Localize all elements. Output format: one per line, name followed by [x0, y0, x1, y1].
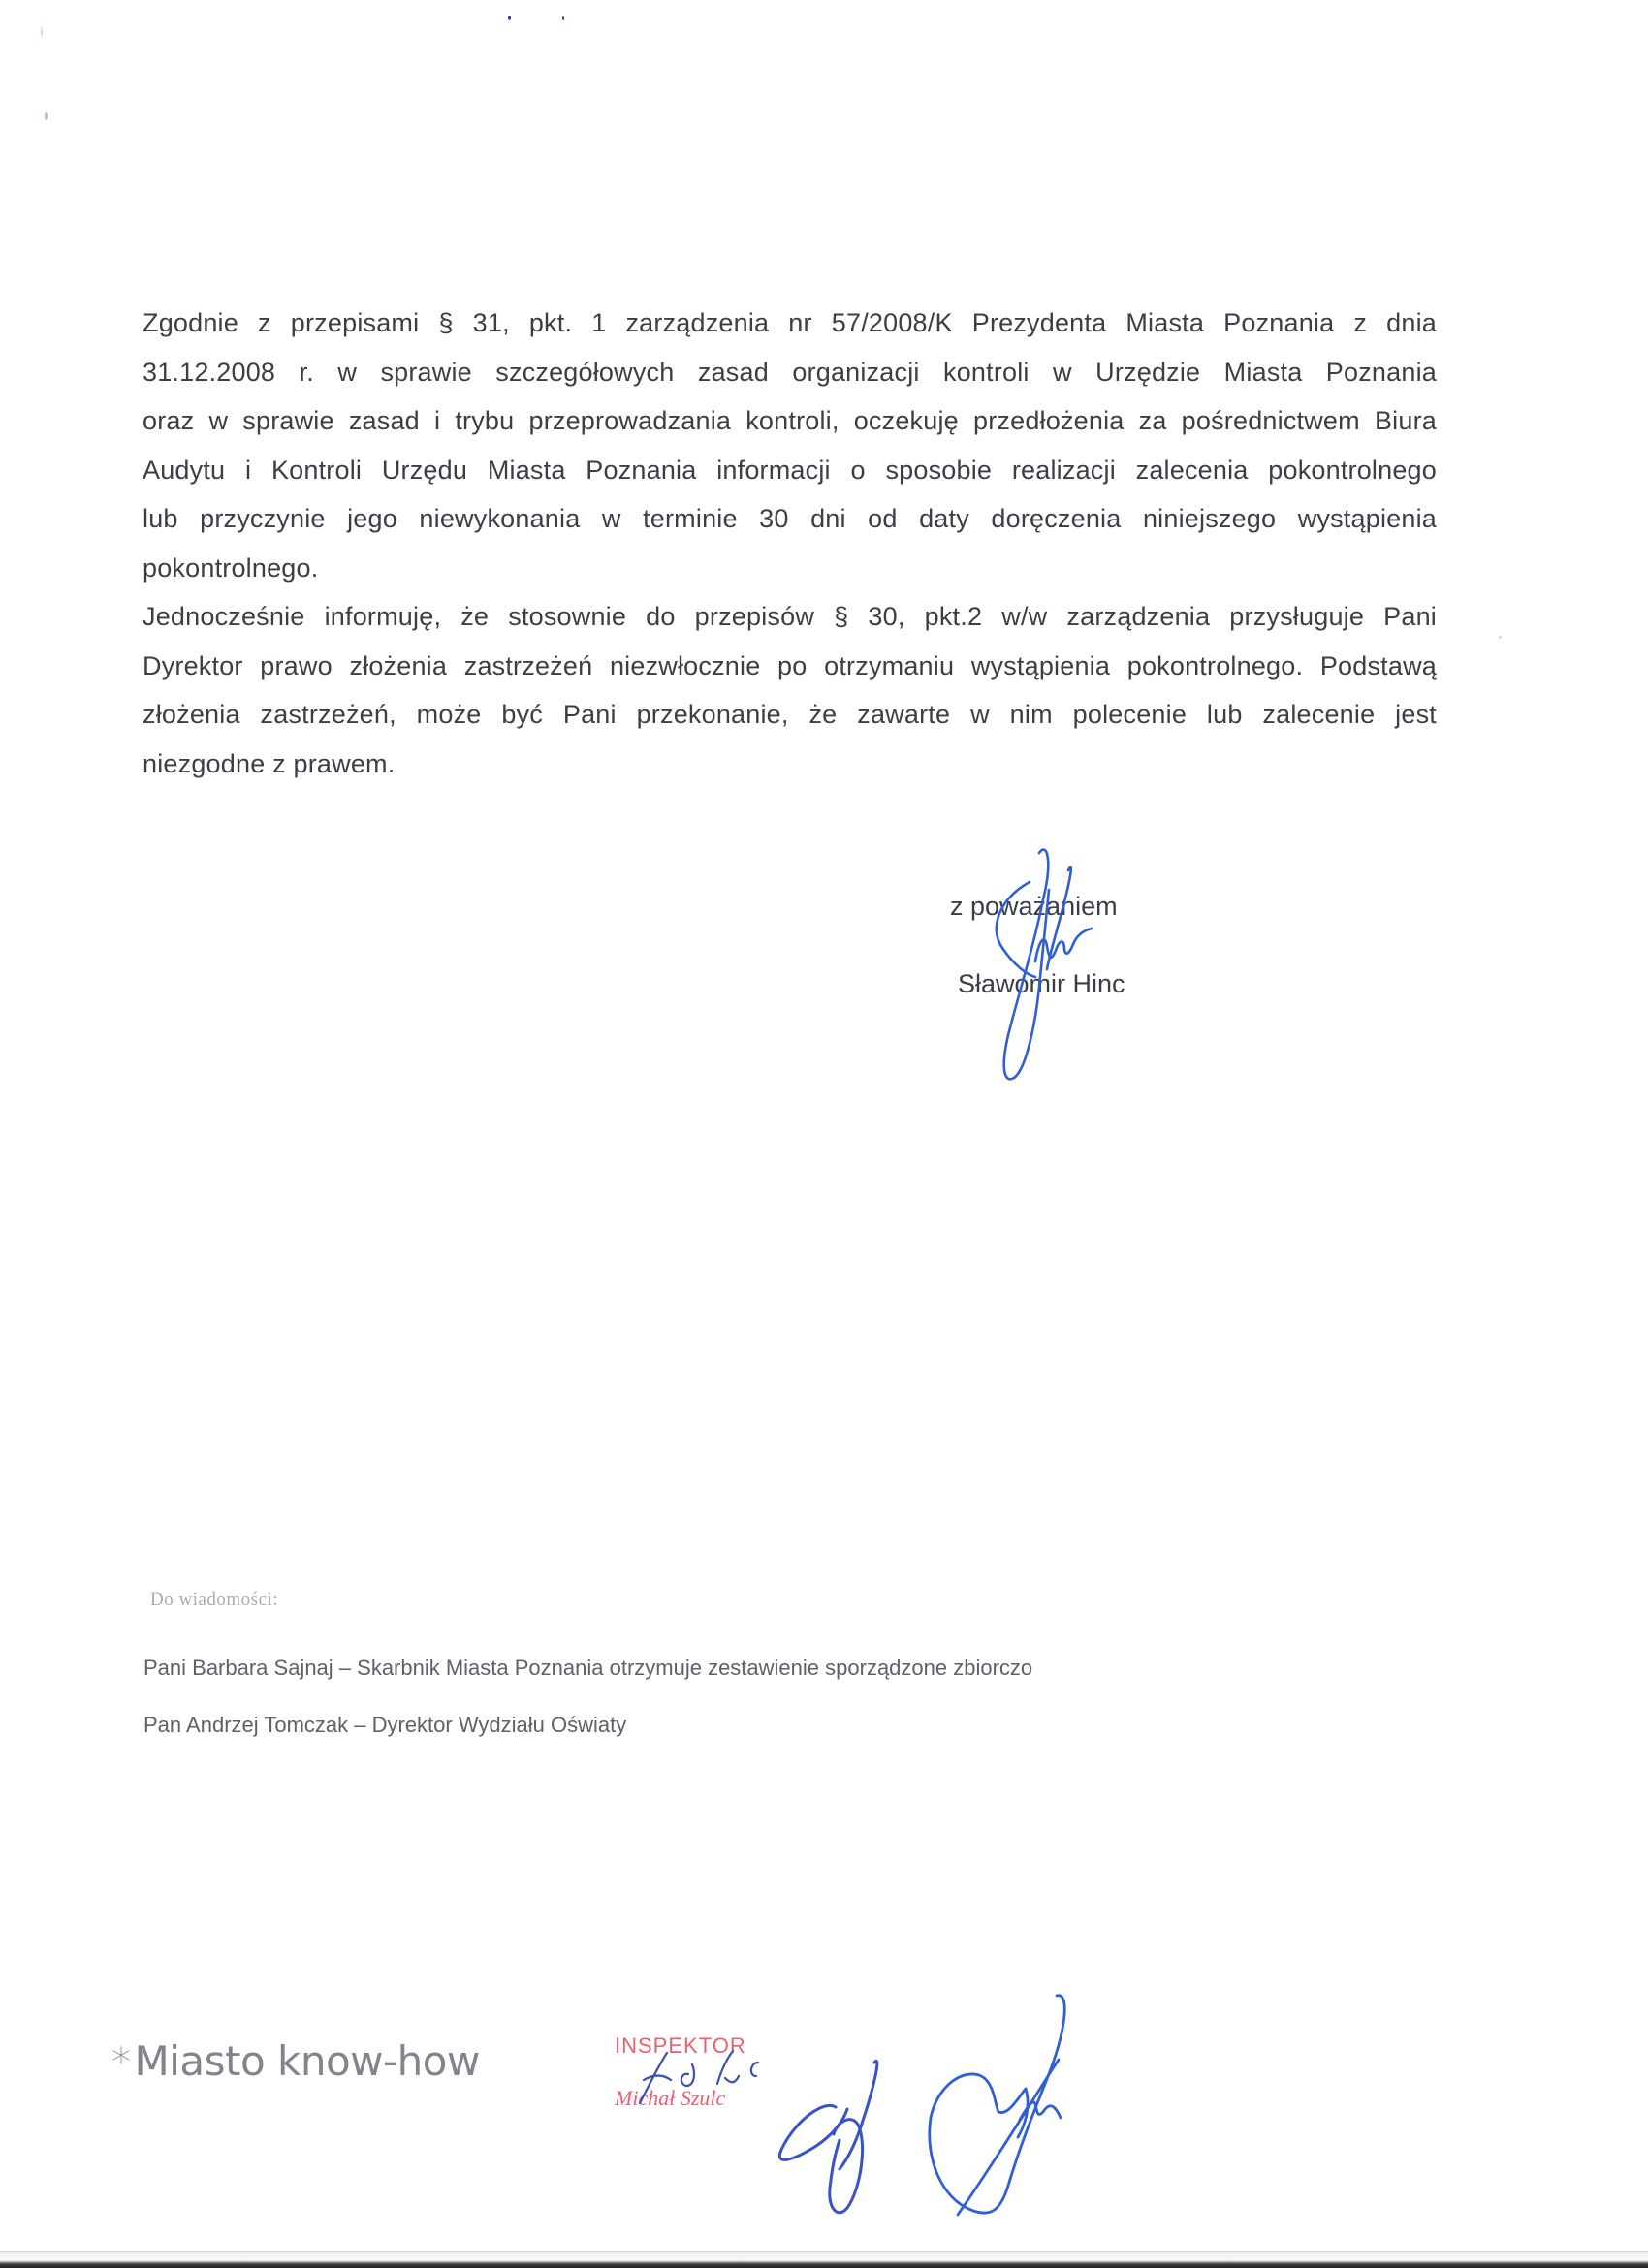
stamp-name: Michał Szulc — [615, 2086, 725, 2111]
body-line: Audytu i Kontroli Urzędu Miasta Poznania… — [143, 446, 1437, 495]
body-line: Dyrektor prawo złożenia zastrzeżeń niezw… — [143, 642, 1437, 691]
handwritten-signature-icon — [979, 841, 1134, 1093]
body-line: Zgodnie z przepisami § 31, pkt. 1 zarząd… — [143, 299, 1437, 348]
paragraph-objections: Jednocześnie informuję, że stosownie do … — [143, 592, 1437, 788]
cc-recipient: Pan Andrzej Tomczak – Dyrektor Wydziału … — [143, 1713, 626, 1738]
cc-recipient: Pani Barbara Sajnaj – Skarbnik Miasta Po… — [143, 1655, 1032, 1681]
cc-label: Do wiadomości: — [150, 1590, 278, 1611]
letter-body: Zgodnie z przepisami § 31, pkt. 1 zarząd… — [143, 299, 1437, 788]
brand-text: Miasto know-how — [135, 2037, 480, 2085]
paragraph-deadline: Zgodnie z przepisami § 31, pkt. 1 zarząd… — [143, 299, 1437, 592]
stamp-title: INSPEKTOR — [615, 2033, 746, 2059]
body-line: pokontrolnego. — [143, 544, 1437, 593]
scan-bottom-edge — [0, 2251, 1648, 2268]
scan-speck — [45, 112, 48, 120]
body-line: 31.12.2008 r. w sprawie szczegółowych za… — [143, 348, 1437, 397]
body-line: złożenia zastrzeżeń, może być Pani przek… — [143, 690, 1437, 740]
body-line: oraz w sprawie zasad i trybu przeprowadz… — [143, 396, 1437, 446]
closing-salutation: z poważaniem — [950, 892, 1118, 922]
asterisk-icon: * — [111, 2040, 131, 2085]
signer-name: Sławomir Hinc — [958, 969, 1125, 999]
body-line: Jednocześnie informuję, że stosownie do … — [143, 592, 1437, 642]
body-line: lub przyczynie jego niewykonania w termi… — [143, 494, 1437, 544]
footer-signature-icon — [766, 2053, 902, 2227]
scan-speck — [1499, 636, 1502, 639]
scan-speck — [562, 16, 564, 20]
body-line: niezgodne z prawem. — [143, 740, 1437, 789]
scan-speck — [508, 16, 511, 20]
city-brand-logo: *Miasto know-how — [111, 2037, 480, 2085]
director-signature-icon — [911, 1992, 1086, 2224]
scan-speck — [41, 27, 43, 37]
scanned-letter-page: Zgodnie z przepisami § 31, pkt. 1 zarząd… — [0, 0, 1648, 2268]
